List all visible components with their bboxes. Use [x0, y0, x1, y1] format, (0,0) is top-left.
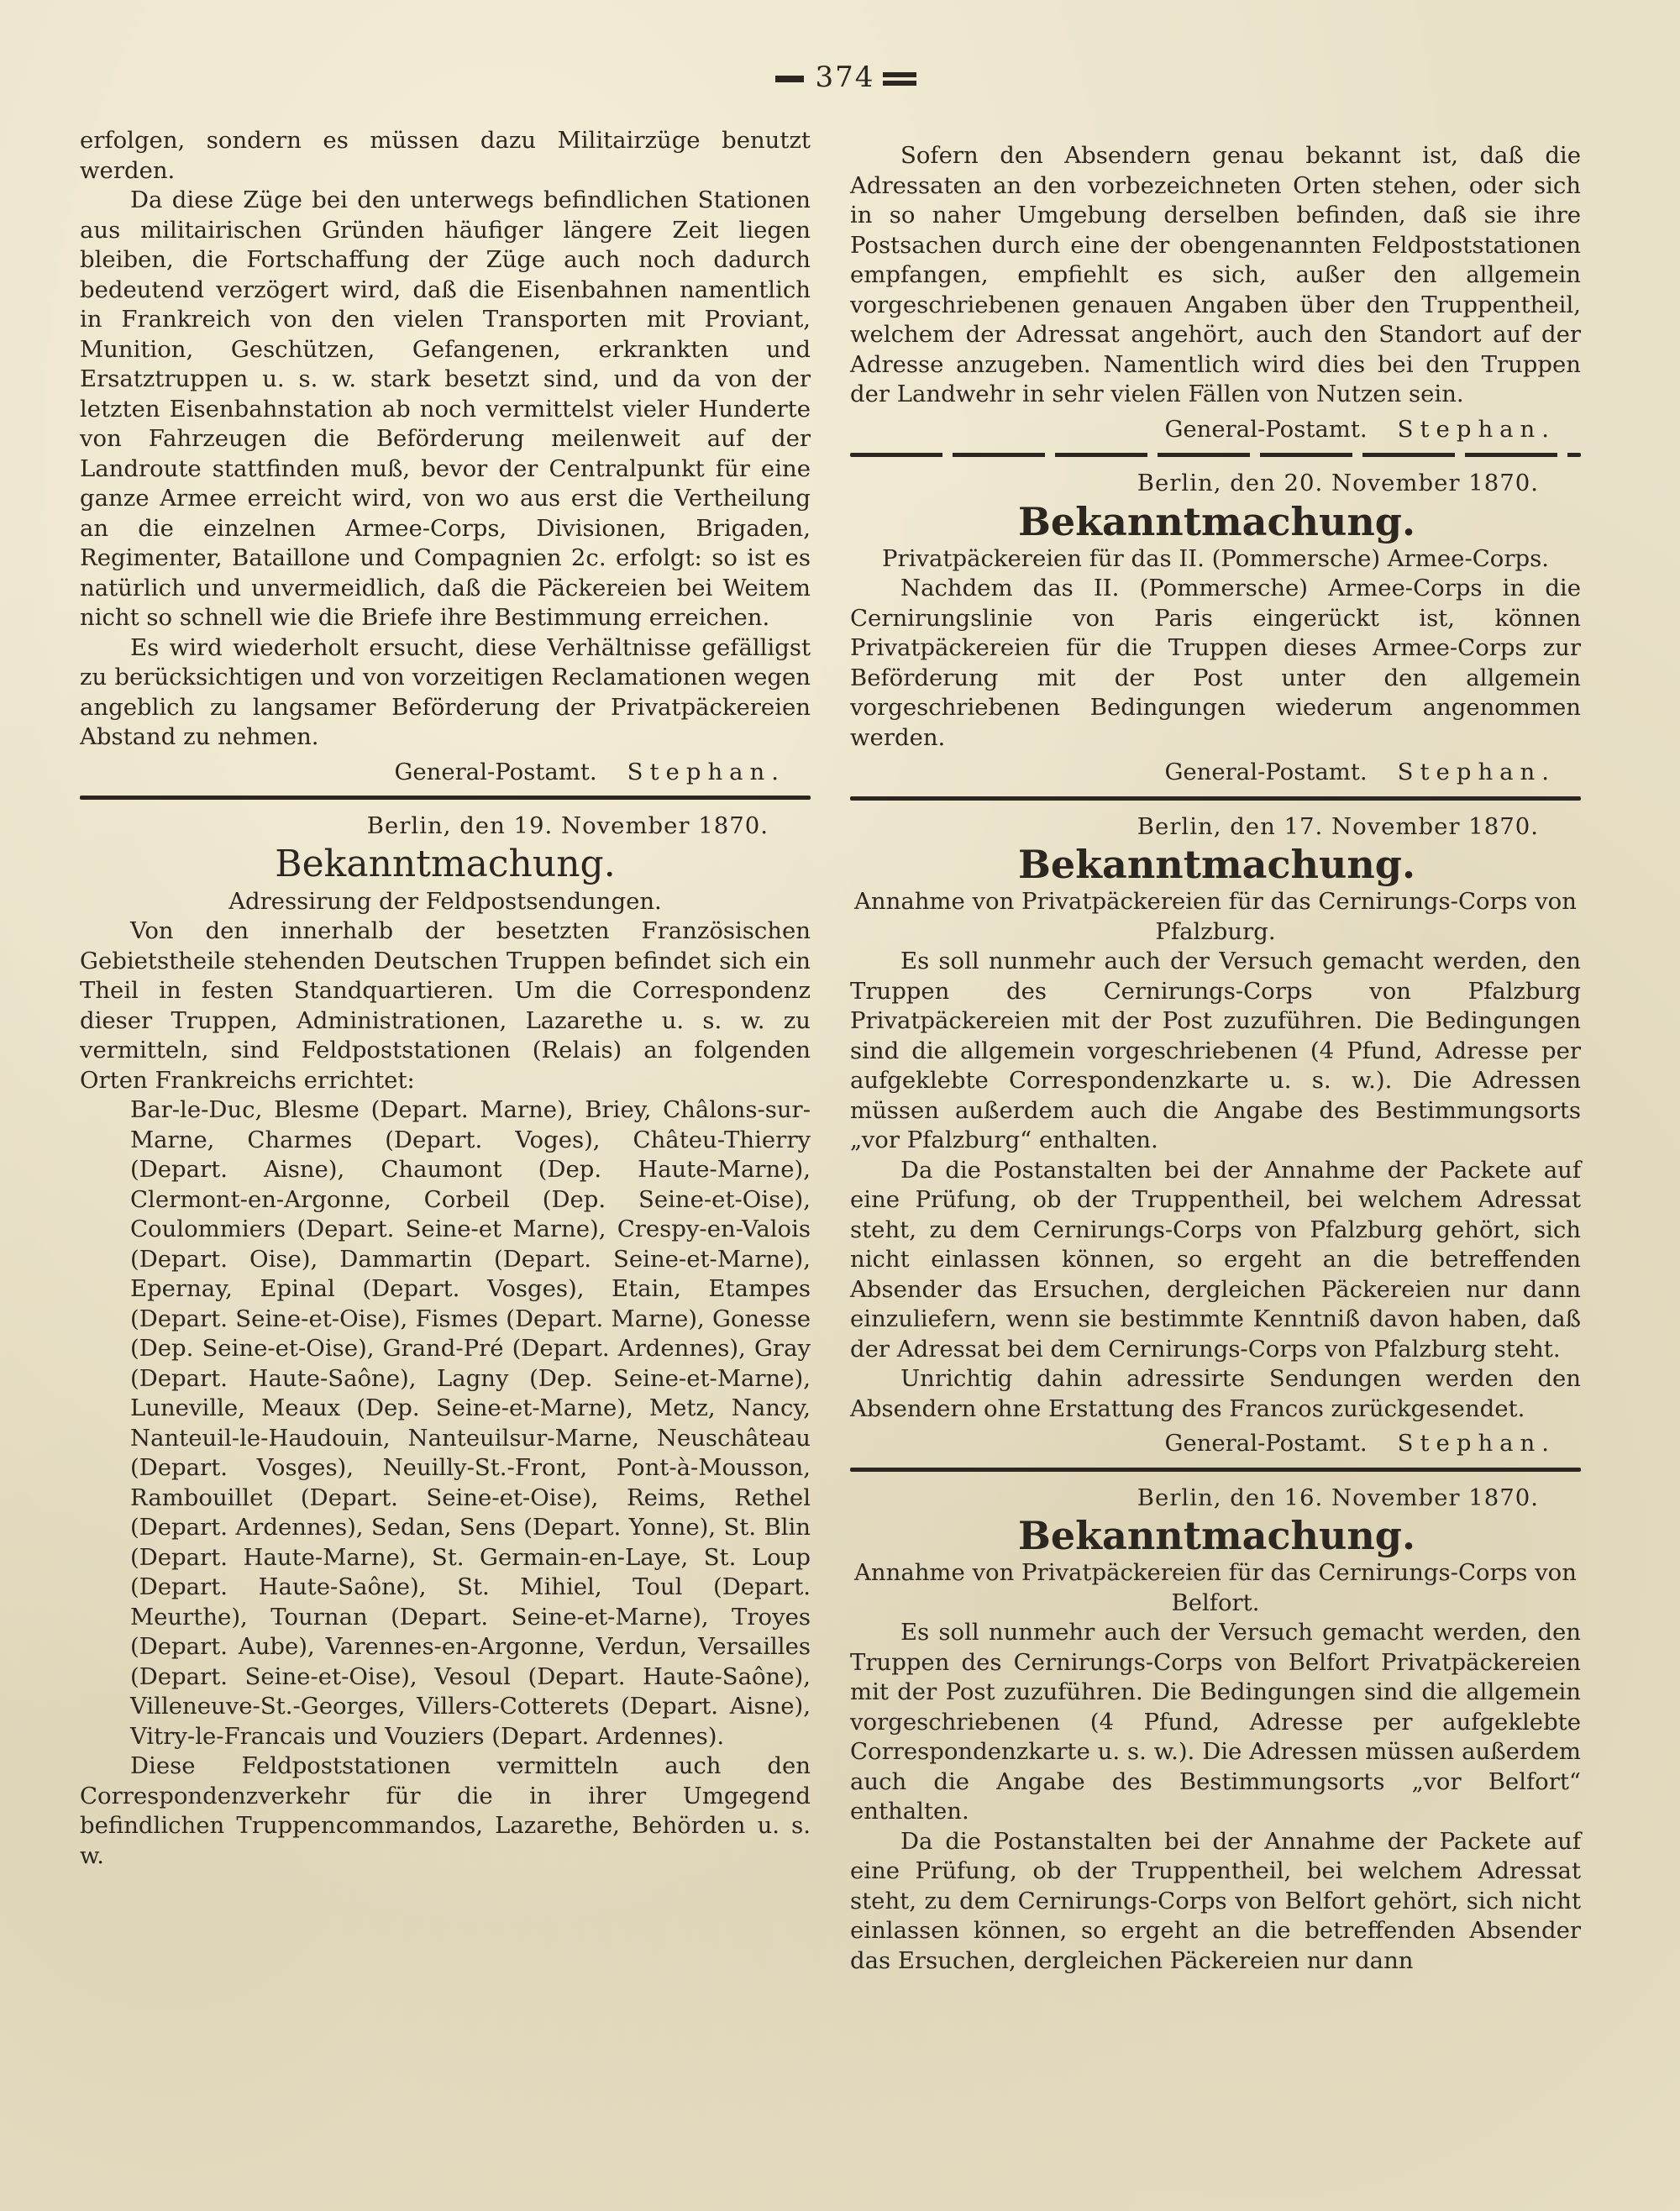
page-number: 374 — [816, 60, 875, 94]
section-divider — [80, 796, 811, 800]
paragraph: Diese Feldpoststationen vermitteln auch … — [80, 1751, 811, 1871]
notice-heading: Bekanntmachung. — [850, 842, 1581, 887]
paragraph: Es soll nunmehr auch der Versuch gemacht… — [850, 947, 1581, 1156]
notice-nov17: Berlin, den 17. November 1870. Bekanntma… — [850, 812, 1581, 1459]
header-double-rule — [883, 69, 916, 89]
notice-nov20: Berlin, den 20. November 1870. Bekanntma… — [850, 469, 1581, 788]
places-list: Bar-le-Duc, Blesme (Depart. Marne), Brie… — [80, 1095, 811, 1751]
paragraph: Es soll nunmehr auch der Versuch gemacht… — [850, 1618, 1581, 1827]
notice-subheading: Annahme von Privatpäckereien für das Cer… — [850, 887, 1581, 947]
section-divider — [850, 796, 1581, 801]
signature: General-Postamt.Stephan. — [850, 1429, 1581, 1459]
right-column: Sofern den Absendern genau bekannt ist, … — [850, 141, 1581, 1976]
signature-name: Stephan. — [627, 759, 785, 785]
paragraph: Unrichtig dahin adressirte Sendungen wer… — [850, 1364, 1581, 1424]
left-column: erfolgen, sondern es müssen dazu Militai… — [80, 126, 811, 1871]
signature-name: Stephan. — [1398, 1430, 1556, 1457]
notice-heading: Bekanntmachung. — [850, 499, 1581, 544]
signature: General-Postamt.Stephan. — [80, 758, 811, 788]
paragraph: Es wird wiederholt ersucht, diese Verhäl… — [80, 633, 811, 753]
header-dash — [775, 76, 804, 82]
notice-nov16: Berlin, den 16. November 1870. Bekanntma… — [850, 1484, 1581, 1977]
signature-office: General-Postamt. — [1164, 416, 1367, 443]
paragraph: Nachdem das II. (Pommersche) Armee-Corps… — [850, 574, 1581, 753]
signature: General-Postamt.Stephan. — [850, 758, 1581, 788]
section-divider — [850, 1468, 1581, 1472]
notice-nov19: Berlin, den 19. November 1870. Bekanntma… — [80, 811, 811, 1871]
dateline: Berlin, den 16. November 1870. — [850, 1484, 1581, 1514]
paragraph: Von den innerhalb der besetzten Französi… — [80, 916, 811, 1095]
section-divider — [850, 453, 1581, 457]
page-header: 374 — [0, 60, 1680, 94]
dateline: Berlin, den 17. November 1870. — [850, 812, 1581, 843]
notice-subheading: Annahme von Privatpäckereien für das Cer… — [850, 1558, 1581, 1618]
signature-office: General-Postamt. — [1164, 1430, 1367, 1457]
notice-subheading: Adressirung der Feldpostsendungen. — [80, 887, 811, 917]
continuation-paragraph: erfolgen, sondern es müssen dazu Militai… — [80, 126, 811, 186]
signature-office: General-Postamt. — [394, 759, 596, 785]
notice-heading: Bekanntmachung. — [850, 1513, 1581, 1558]
notice-subheading: Privatpäckereien für das II. (Pommersche… — [850, 544, 1581, 575]
paragraph: Da diese Züge bei den unterwegs befindli… — [80, 186, 811, 633]
paragraph: Da die Postanstalten bei der Annahme der… — [850, 1156, 1581, 1365]
signature-office: General-Postamt. — [1164, 759, 1367, 785]
notice-heading: Bekanntmachung. — [80, 842, 811, 887]
signature: General-Postamt.Stephan. — [850, 415, 1581, 445]
dateline: Berlin, den 19. November 1870. — [80, 811, 811, 842]
dateline: Berlin, den 20. November 1870. — [850, 469, 1581, 499]
signature-name: Stephan. — [1398, 759, 1556, 785]
signature-name: Stephan. — [1398, 416, 1556, 443]
paragraph: Da die Postanstalten bei der Annahme der… — [850, 1827, 1581, 1977]
paragraph: Sofern den Absendern genau bekannt ist, … — [850, 141, 1581, 410]
